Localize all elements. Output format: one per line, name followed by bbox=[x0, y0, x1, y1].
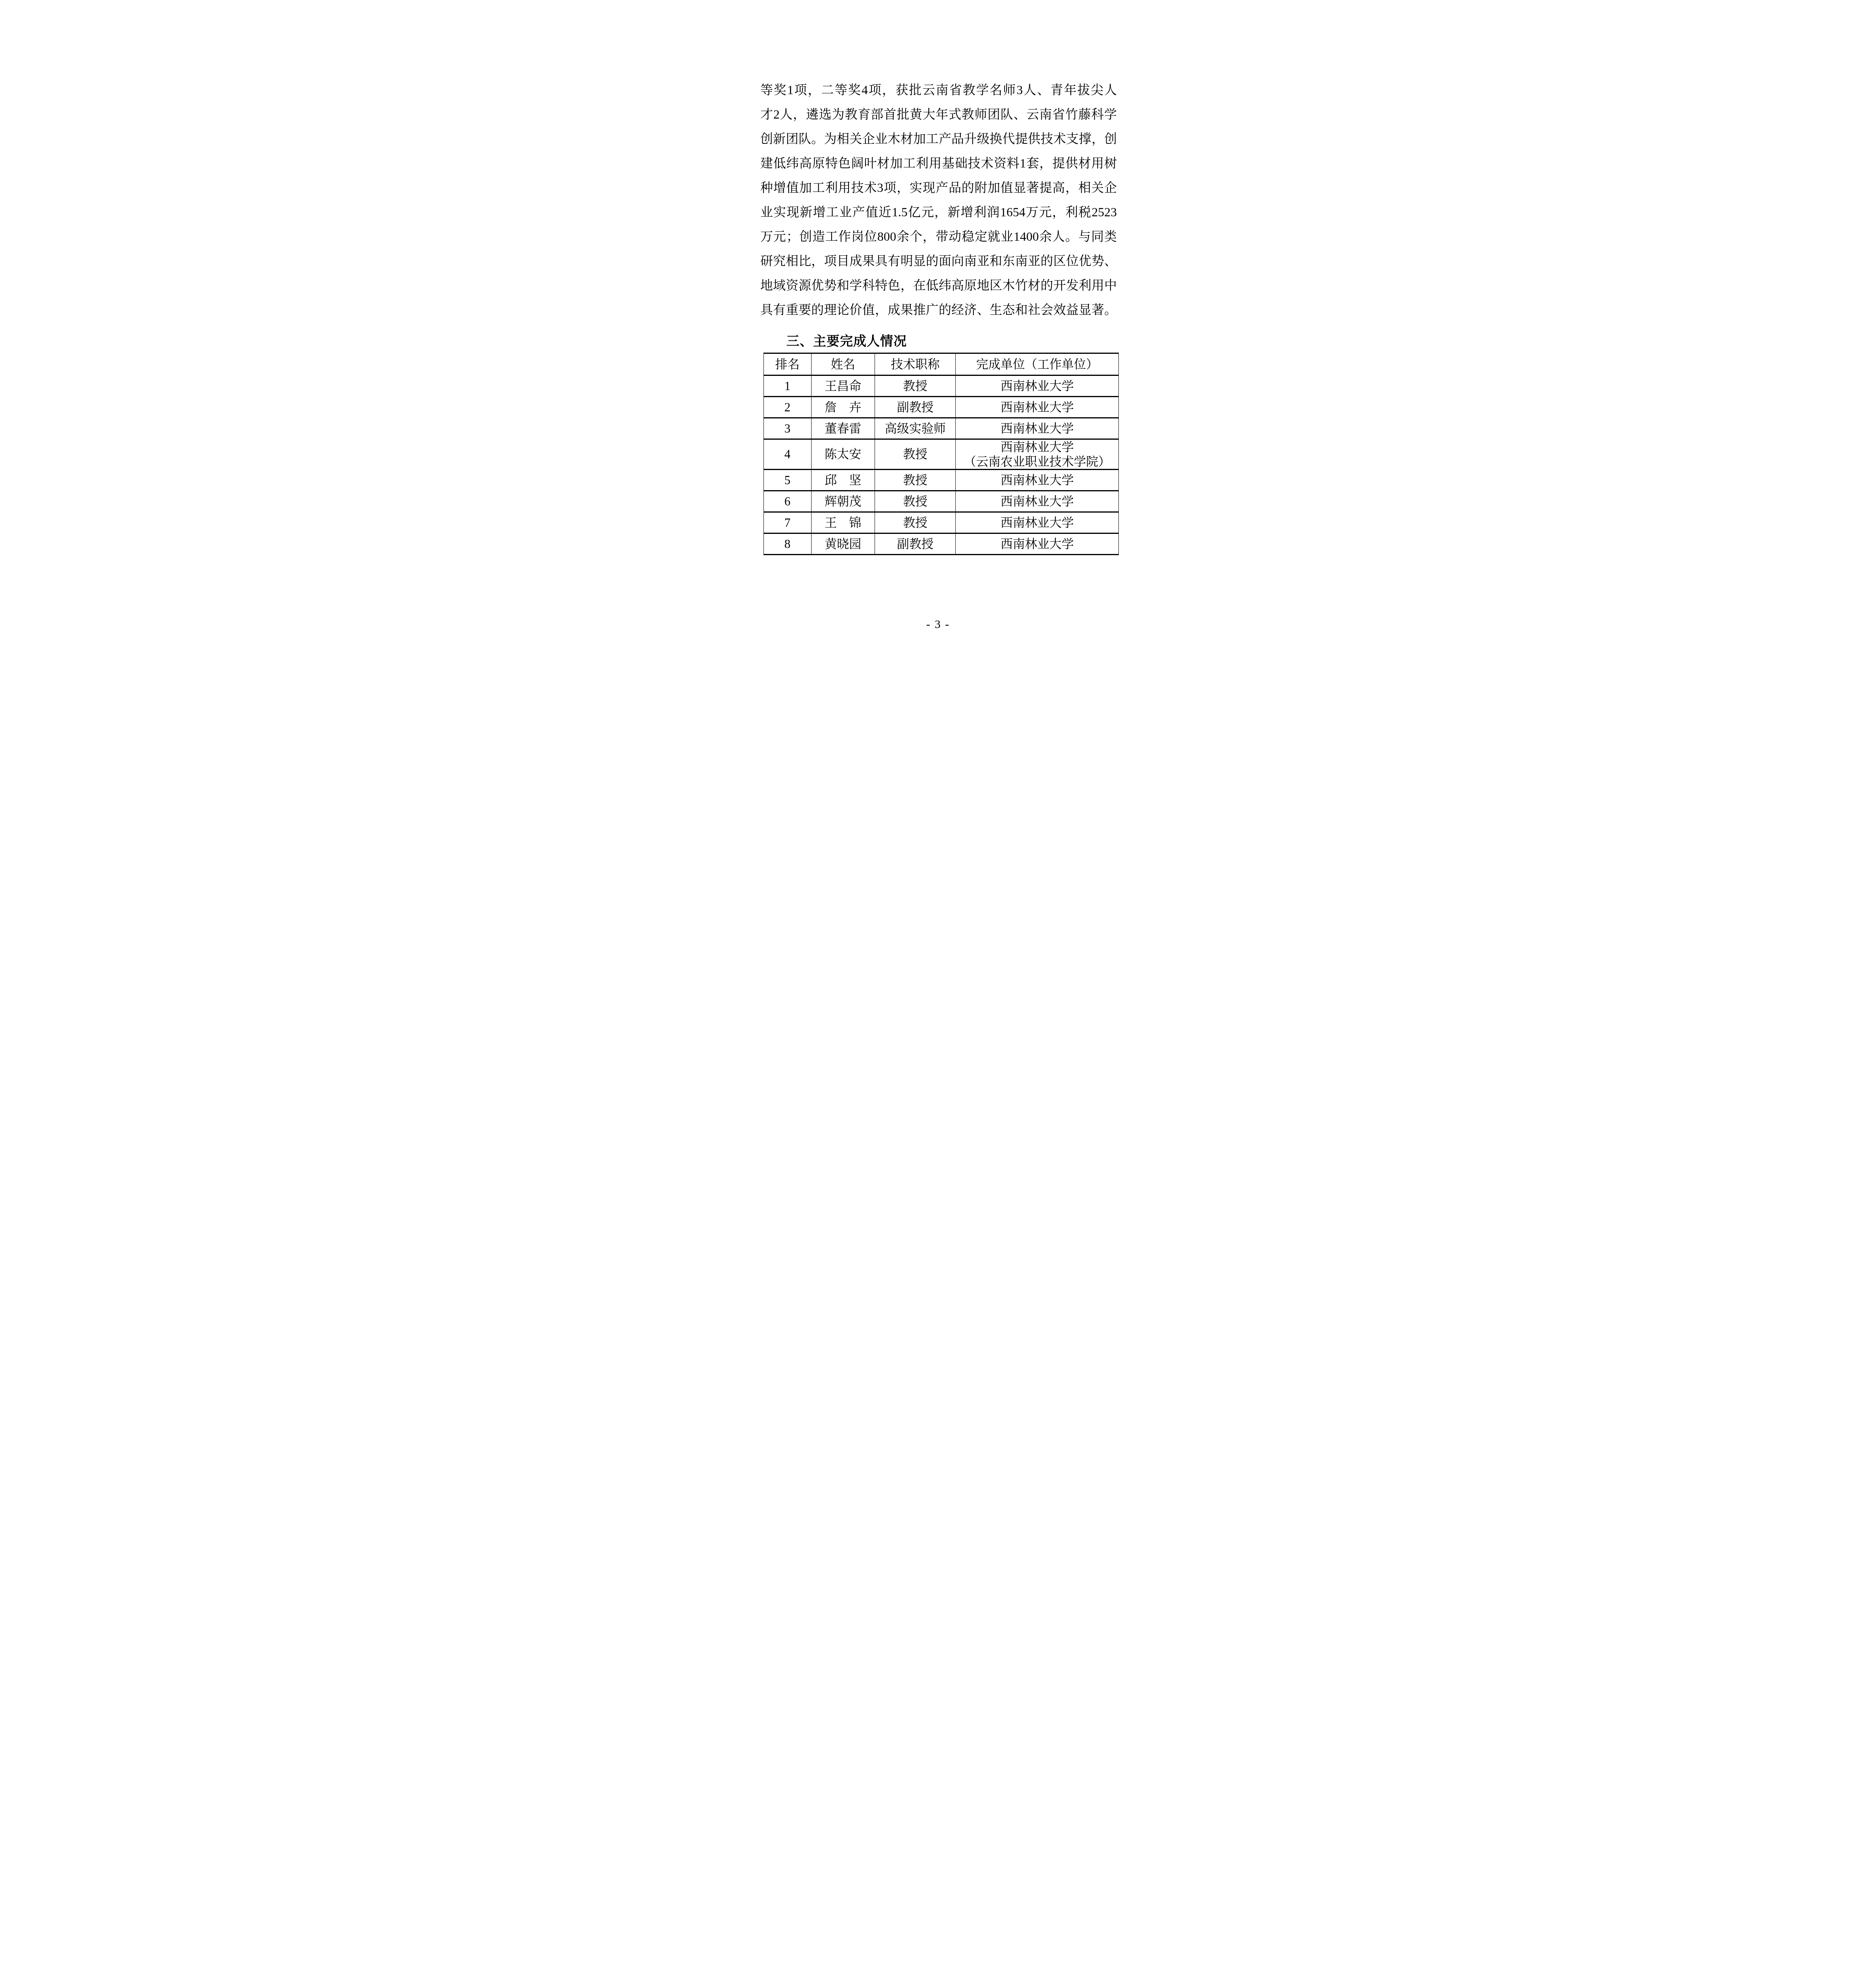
unit-line: 西南林业大学 bbox=[956, 421, 1118, 436]
unit-line: 西南林业大学 bbox=[956, 494, 1118, 509]
cell-title: 教授 bbox=[875, 512, 955, 533]
cell-unit: 西南林业大学 bbox=[956, 533, 1119, 555]
unit-line: （云南农业职业技术学院） bbox=[956, 454, 1118, 469]
col-header-title: 技术职称 bbox=[875, 353, 955, 375]
col-header-name: 姓名 bbox=[811, 353, 875, 375]
table-row: 6 辉朝茂 教授 西南林业大学 bbox=[764, 491, 1119, 512]
cell-title: 教授 bbox=[875, 375, 955, 397]
cell-title: 副教授 bbox=[875, 397, 955, 418]
cell-title: 教授 bbox=[875, 439, 955, 470]
unit-line: 西南林业大学 bbox=[956, 440, 1118, 454]
unit-line: 西南林业大学 bbox=[956, 537, 1118, 551]
table-row: 4 陈太安 教授 西南林业大学 （云南农业职业技术学院） bbox=[764, 439, 1119, 470]
col-header-rank: 排名 bbox=[764, 353, 812, 375]
unit-line: 西南林业大学 bbox=[956, 473, 1118, 487]
cell-unit: 西南林业大学 bbox=[956, 491, 1119, 512]
cell-name: 黄晓园 bbox=[811, 533, 875, 555]
cell-rank: 1 bbox=[764, 375, 812, 397]
cell-title: 教授 bbox=[875, 470, 955, 491]
cell-name: 詹 卉 bbox=[811, 397, 875, 418]
cell-unit: 西南林业大学 bbox=[956, 397, 1119, 418]
body-line: 创新团队。为相关企业木材加工产品升级换代提供技术支撑，创 bbox=[760, 126, 1117, 151]
table-row: 7 王 锦 教授 西南林业大学 bbox=[764, 512, 1119, 533]
body-line: 研究相比，项目成果具有明显的面向南亚和东南亚的区位优势、 bbox=[760, 249, 1117, 273]
cell-rank: 2 bbox=[764, 397, 812, 418]
unit-line: 西南林业大学 bbox=[956, 515, 1118, 530]
unit-line: 西南林业大学 bbox=[956, 400, 1118, 414]
cell-name: 邱 坚 bbox=[811, 470, 875, 491]
cell-rank: 5 bbox=[764, 470, 812, 491]
table-row: 3 董春雷 高级实验师 西南林业大学 bbox=[764, 418, 1119, 439]
cell-unit: 西南林业大学 bbox=[956, 512, 1119, 533]
cell-title: 高级实验师 bbox=[875, 418, 955, 439]
cell-rank: 7 bbox=[764, 512, 812, 533]
document-page: 等奖1项，二等奖4项，获批云南省教学名师3人、青年拔尖人 才2人，遴选为教育部首… bbox=[704, 0, 1172, 663]
body-line: 地域资源优势和学科特色，在低纬高原地区木竹材的开发利用中 bbox=[760, 273, 1117, 297]
cell-unit: 西南林业大学 bbox=[956, 470, 1119, 491]
cell-rank: 8 bbox=[764, 533, 812, 555]
body-line: 种增值加工利用技术3项，实现产品的附加值显著提高，相关企 bbox=[760, 175, 1117, 200]
body-line: 才2人，遴选为教育部首批黄大年式教师团队、云南省竹藤科学 bbox=[760, 102, 1117, 126]
cell-name: 王昌命 bbox=[811, 375, 875, 397]
body-line: 等奖1项，二等奖4项，获批云南省教学名师3人、青年拔尖人 bbox=[760, 78, 1117, 102]
cell-name: 陈太安 bbox=[811, 439, 875, 470]
body-line: 万元；创造工作岗位800余个，带动稳定就业1400余人。与同类 bbox=[760, 224, 1117, 249]
body-line: 具有重要的理论价值，成果推广的经济、生态和社会效益显著。 bbox=[760, 297, 1117, 322]
cell-name: 辉朝茂 bbox=[811, 491, 875, 512]
body-line: 业实现新增工业产值近1.5亿元，新增利润1654万元，利税2523 bbox=[760, 200, 1117, 224]
cell-unit: 西南林业大学 bbox=[956, 375, 1119, 397]
unit-line: 西南林业大学 bbox=[956, 379, 1118, 393]
col-header-unit: 完成单位（工作单位） bbox=[956, 353, 1119, 375]
body-paragraph: 等奖1项，二等奖4项，获批云南省教学名师3人、青年拔尖人 才2人，遴选为教育部首… bbox=[760, 78, 1117, 322]
completers-table: 排名 姓名 技术职称 完成单位（工作单位） 1 王昌命 教授 西南林业大学 2 … bbox=[763, 353, 1119, 555]
cell-title: 教授 bbox=[875, 491, 955, 512]
table-header-row: 排名 姓名 技术职称 完成单位（工作单位） bbox=[764, 353, 1119, 375]
table-row: 8 黄晓园 副教授 西南林业大学 bbox=[764, 533, 1119, 555]
cell-unit: 西南林业大学 bbox=[956, 418, 1119, 439]
cell-unit: 西南林业大学 （云南农业职业技术学院） bbox=[956, 439, 1119, 470]
cell-rank: 4 bbox=[764, 439, 812, 470]
body-line: 建低纬高原特色阔叶材加工利用基础技术资料1套，提供材用树 bbox=[760, 151, 1117, 175]
table-row: 1 王昌命 教授 西南林业大学 bbox=[764, 375, 1119, 397]
cell-rank: 6 bbox=[764, 491, 812, 512]
cell-title: 副教授 bbox=[875, 533, 955, 555]
cell-rank: 3 bbox=[764, 418, 812, 439]
cell-name: 董春雷 bbox=[811, 418, 875, 439]
page-number: - 3 - bbox=[704, 618, 1172, 631]
table-row: 2 詹 卉 副教授 西南林业大学 bbox=[764, 397, 1119, 418]
table-row: 5 邱 坚 教授 西南林业大学 bbox=[764, 470, 1119, 491]
section-heading: 三、主要完成人情况 bbox=[786, 333, 907, 349]
cell-name: 王 锦 bbox=[811, 512, 875, 533]
